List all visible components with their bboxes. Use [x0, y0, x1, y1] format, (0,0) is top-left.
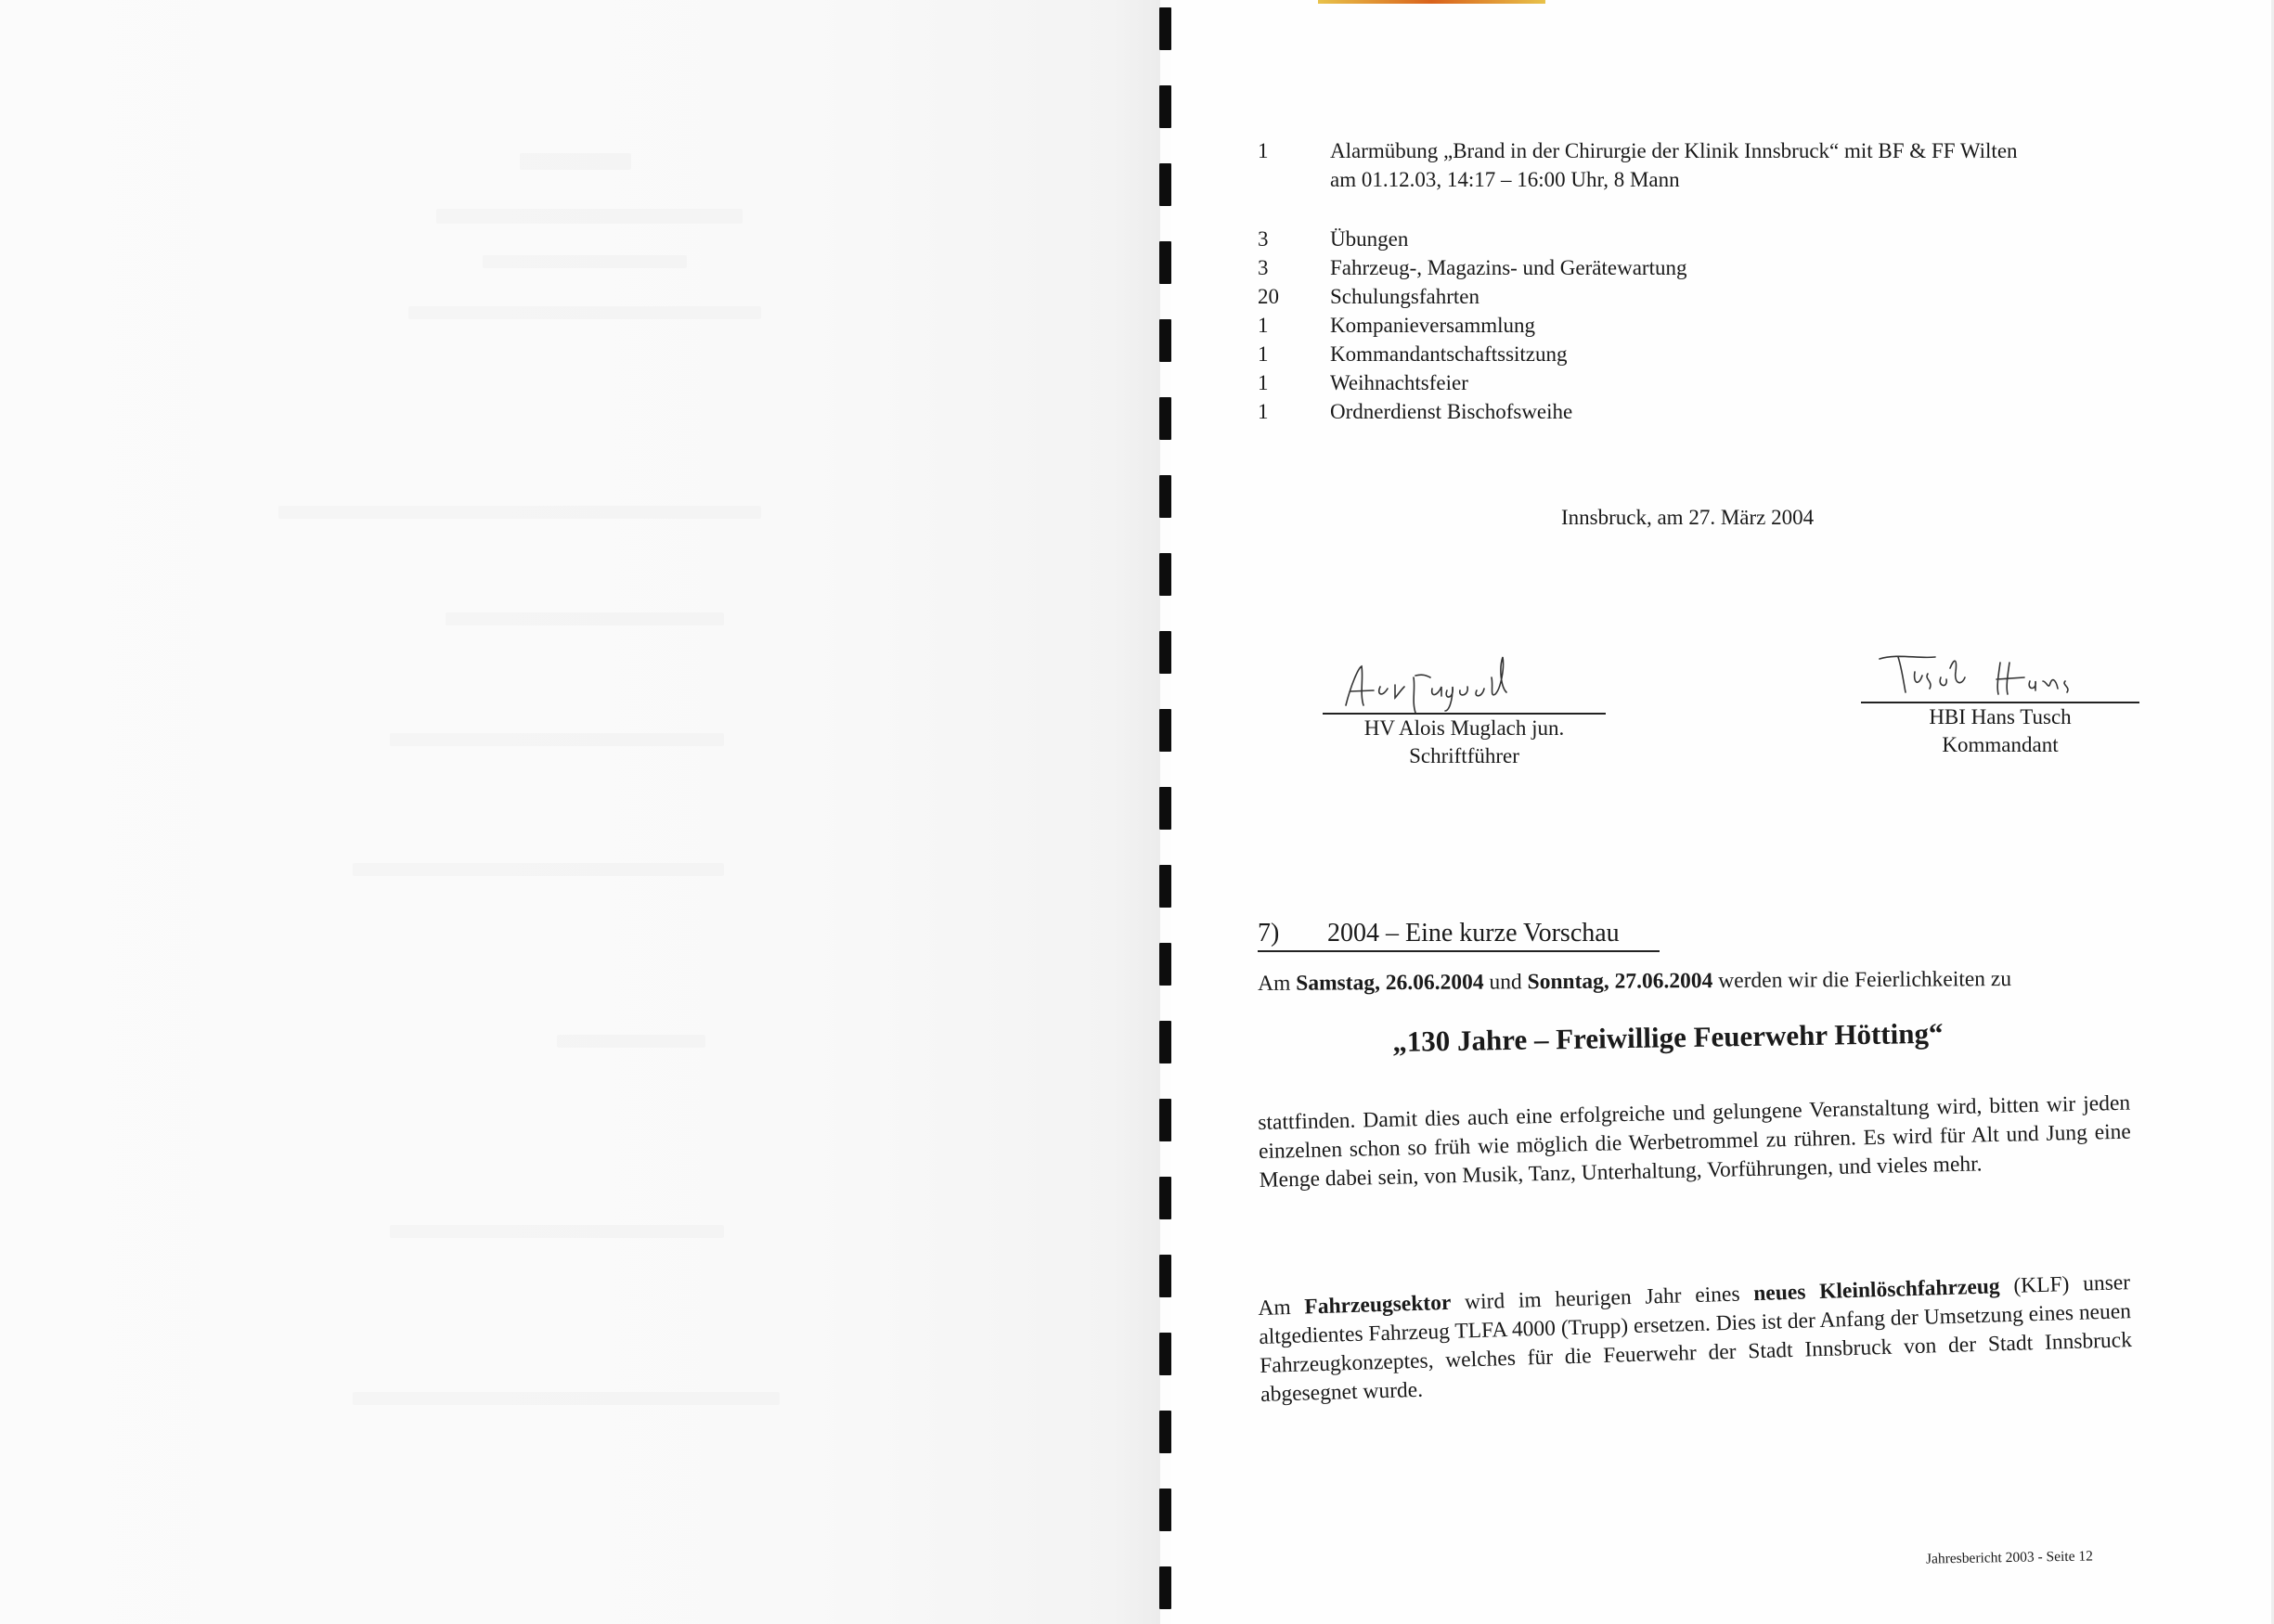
bleed-through-mark [436, 209, 743, 224]
binding-hole [1159, 1566, 1171, 1609]
comb-binding [1159, 0, 1171, 1624]
text-run: wird im heurigen Jahr eines [1451, 1282, 1754, 1315]
list-item-count: 3 [1258, 254, 1323, 282]
bleed-through-mark [557, 1035, 705, 1048]
binding-hole [1159, 1411, 1171, 1453]
list-item-count: 1 [1258, 398, 1323, 426]
bleed-through-mark [353, 1392, 780, 1405]
signatory-role: Schriftführer [1323, 742, 1606, 770]
intro-paragraph: Am Samstag, 26.06.2004 und Sonntag, 27.0… [1258, 964, 2130, 999]
left-page [0, 0, 1160, 1624]
date-saturday: Samstag, 26.06.2004 [1296, 971, 1484, 996]
page-footer: Jahresbericht 2003 - Seite 12 [1926, 1548, 2093, 1567]
list-item-text: Kompanieversammlung [1330, 312, 1535, 340]
place-date: Innsbruck, am 27. März 2004 [1561, 506, 1814, 530]
binding-hole [1159, 1489, 1171, 1531]
list-item-text: Weihnachtsfeier [1330, 369, 1468, 397]
text-run: Am [1258, 972, 1296, 996]
list-item-text: Übungen [1330, 226, 1408, 253]
text-run: und [1484, 970, 1528, 994]
binding-hole [1159, 1177, 1171, 1219]
list-item-text: Fahrzeug-, Magazins- und Gerätewartung [1330, 254, 1686, 282]
binding-hole [1159, 553, 1171, 596]
signature-block-secretary: HV Alois Muglach jun. Schriftführer [1323, 650, 1606, 770]
binding-hole [1159, 85, 1171, 128]
text-run: werden wir die Feierlichkeiten zu [1712, 967, 2011, 993]
binding-hole [1159, 865, 1171, 908]
list-item-text: am 01.12.03, 14:17 – 16:00 Uhr, 8 Mann [1330, 166, 1680, 194]
bleed-through-mark [520, 153, 631, 170]
binding-hole [1159, 1021, 1171, 1063]
section-title: 2004 – Eine kurze Vorschau [1327, 919, 1620, 947]
date-sunday: Sonntag, 27.06.2004 [1528, 969, 1713, 994]
binding-hole [1159, 1333, 1171, 1375]
list-item-count: 3 [1258, 226, 1323, 253]
signatory-name: HV Alois Muglach jun. [1323, 715, 1606, 742]
binding-hole [1159, 7, 1171, 50]
bleed-through-mark [353, 863, 724, 876]
list-item-count: 20 [1258, 283, 1323, 311]
binding-hole [1159, 319, 1171, 362]
signature-block-commander: HBI Hans Tusch Kommandant [1861, 650, 2139, 759]
list-item-count: 1 [1258, 341, 1323, 368]
signatory-role: Kommandant [1861, 731, 2139, 759]
bleed-through-mark [483, 255, 687, 268]
binding-hole [1159, 1255, 1171, 1297]
binding-hole [1159, 709, 1171, 752]
list-item-text: Kommandantschaftssitzung [1330, 341, 1568, 368]
binding-hole [1159, 631, 1171, 674]
section-heading: 7)2004 – Eine kurze Vorschau [1258, 919, 1660, 952]
list-item-count: 1 [1258, 369, 1323, 397]
signatory-name: HBI Hans Tusch [1861, 703, 2139, 731]
list-item-text: Schulungsfahrten [1330, 283, 1479, 311]
list-item-count: 1 [1258, 312, 1323, 340]
bleed-through-mark [390, 1225, 724, 1238]
list-item-text: Alarmübung „Brand in der Chirurgie der K… [1330, 137, 2018, 165]
emphasis-vehicle-sector: Fahrzeugsektor [1304, 1291, 1452, 1320]
bleed-through-mark [408, 306, 761, 319]
binding-hole [1159, 241, 1171, 284]
binding-hole [1159, 943, 1171, 986]
bleed-through-mark [446, 612, 724, 625]
binding-hole [1159, 787, 1171, 830]
binding-hole [1159, 163, 1171, 206]
list-item-count: 1 [1258, 137, 1323, 165]
binding-hole [1159, 397, 1171, 440]
emphasis-new-vehicle: neues Kleinlöschfahrzeug [1753, 1274, 2000, 1306]
text-run: Am [1258, 1295, 1305, 1321]
bleed-through-mark [390, 733, 724, 746]
bleed-through-mark [278, 506, 761, 519]
binding-hole [1159, 475, 1171, 518]
list-item-text: Ordnerdienst Bischofsweihe [1330, 398, 1572, 426]
colored-tab-edge [1318, 0, 1545, 4]
handwritten-signature-icon [1323, 650, 1606, 713]
handwritten-signature-icon [1861, 650, 2139, 702]
section-number: 7) [1258, 919, 1327, 948]
binding-hole [1159, 1099, 1171, 1141]
